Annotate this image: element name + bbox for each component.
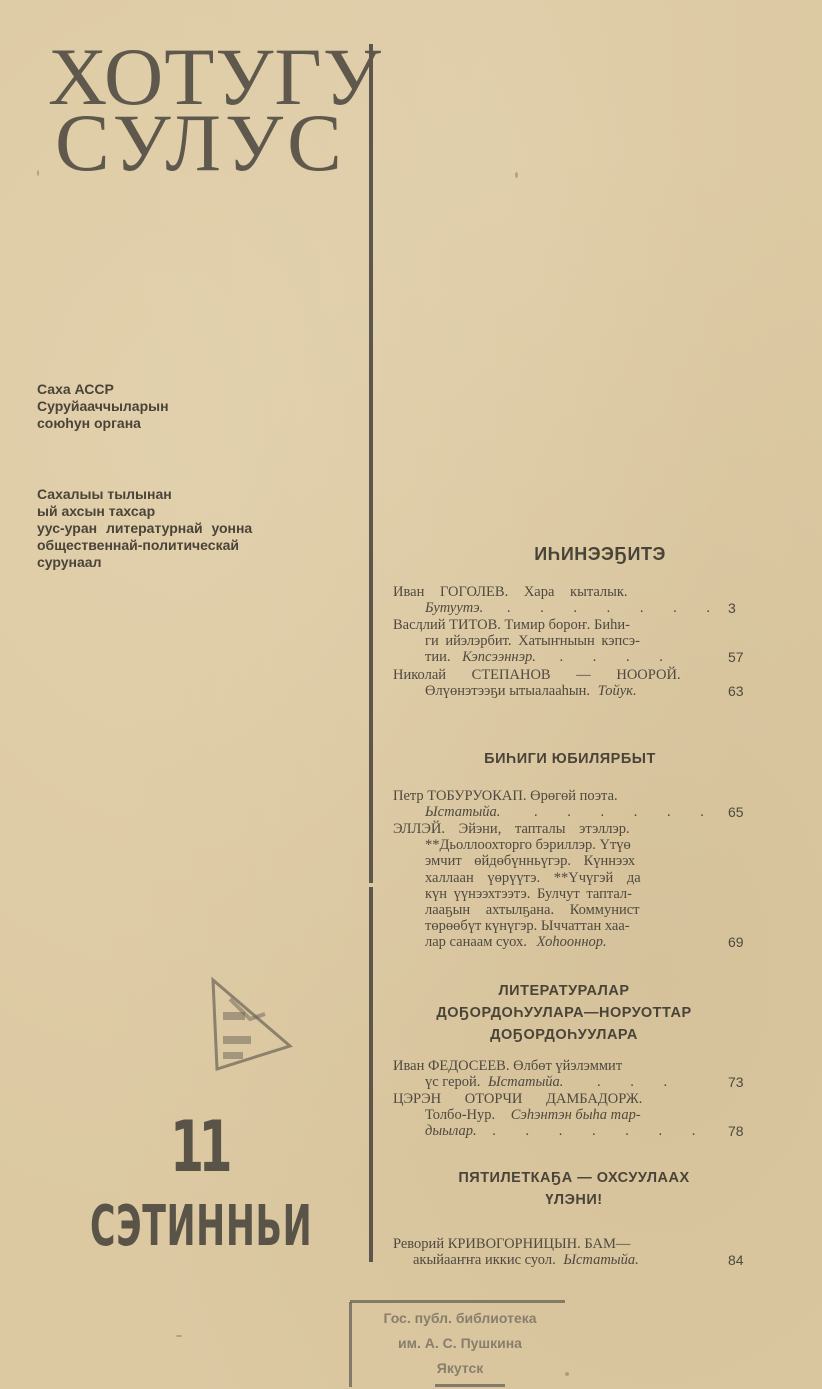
entry-genre: Сэһэнтэн быһа тар-: [511, 1107, 641, 1123]
description-line: Сахалыы тылынан: [37, 486, 252, 503]
section-heading-line: ДОҔОРДОҺУУЛАРА—НОРУОТТАР: [384, 1002, 744, 1024]
leader-dots: . . . . . . .: [492, 1123, 708, 1139]
stamp-border-top: [350, 1300, 565, 1303]
issue-number: 11: [170, 1112, 227, 1182]
page-number: 69: [728, 934, 758, 950]
leader-dots: . . . . . .: [534, 804, 717, 820]
description-line: ый ахсын тахсар: [37, 503, 252, 520]
entry-genre: Бутуутэ.: [425, 600, 483, 616]
toc-entry-line: лааҕын ахтылҕана. Коммунист: [393, 902, 723, 918]
entry-genre: Ыстатыйа.: [563, 1252, 638, 1268]
stamp-border-left: [349, 1302, 352, 1387]
section-heading-line: ПЯТИЛЕТКАҔА — ОХСУУЛААХ: [384, 1167, 764, 1189]
toc-entry-line: акыйааҥҥа иккис суол. Ыстатыйа. 84: [393, 1252, 723, 1268]
section-heading-line: ДОҔОРДОҺУУЛАРА: [384, 1024, 744, 1046]
contents-heading: ИҺИНЭЭҔИТЭ: [380, 544, 820, 565]
toc-entry-line: Иван ГОГОЛЕВ. Хара кыталык.: [393, 584, 723, 600]
description-line: уус-уран литературнай уонна: [37, 520, 252, 537]
entry-genre: Тойук.: [598, 683, 637, 699]
issue-month: СЭТИННЬИ: [90, 1196, 312, 1258]
organ-line: союһун органа: [37, 415, 169, 432]
toc-entry-line: Өлүөнэтээҕи ытыалааһын. Тойук. 63: [393, 683, 723, 699]
toc-entry-line: Бутуутэ. . . . . . . . 3: [393, 600, 723, 616]
toc-entry-line: эмчит өйдөбүнньүгэр. Күннээх: [393, 853, 723, 869]
toc-entry[interactable]: Николай СТЕПАНОВ — НООРОЙ. Өлүөнэтээҕи ы…: [393, 667, 723, 699]
toc-entry[interactable]: ЭЛЛЭЙ. Эйэни, тапталы этэллэр. **Дьоллоо…: [393, 821, 723, 951]
entry-genre: дыылар.: [425, 1123, 477, 1139]
toc-entry-line: Ыстатыйа. . . . . . . 65: [393, 804, 723, 820]
entry-genre: Хоһооннор.: [537, 934, 607, 950]
toc-entry-line: халлаан үөрүүтэ. **Үчүгэй да: [393, 870, 723, 886]
page-number: 73: [728, 1074, 758, 1090]
entry-text: лар санаам суох.: [425, 934, 527, 950]
paper-speck: [515, 172, 518, 178]
toc-entry-line: **Дьоллоохторго бэриллэр. Үтүө: [393, 837, 723, 853]
toc-entry-line: ги ийэлэрбит. Хатыҥныын кэпсэ-: [393, 633, 723, 649]
toc-entry-line: Иван ФЕДОСЕЕВ. Өлбөт үйэлэммит: [393, 1058, 723, 1074]
toc-entry[interactable]: Иван ГОГОЛЕВ. Хара кыталык. Бутуутэ. . .…: [393, 584, 723, 616]
paper-speck: [565, 1372, 569, 1376]
toc-entry-line: ЭЛЛЭЙ. Эйэни, тапталы этэллэр.: [393, 821, 723, 837]
section-heading: ЛИТЕРАТУРАЛАР ДОҔОРДОҺУУЛАРА—НОРУОТТАР Д…: [384, 980, 744, 1046]
toc-entry[interactable]: Петр ТОБУРУОКАП. Өрөгөй поэта. Ыстатыйа.…: [393, 788, 723, 820]
leader-dots: . . . .: [560, 649, 676, 665]
section-heading-line: ҮЛЭНИ!: [384, 1189, 764, 1211]
entry-text: Өлүөнэтээҕи ытыалааһын.: [425, 683, 590, 699]
organ-line: Саха АССР: [37, 381, 169, 398]
entry-genre: Ыстатыйа.: [425, 804, 500, 820]
entry-title: Иван ГОГОЛЕВ. Хара кыталык.: [393, 584, 628, 600]
page-number: 65: [728, 804, 758, 820]
section-heading: ПЯТИЛЕТКАҔА — ОХСУУЛААХ ҮЛЭНИ!: [384, 1167, 764, 1211]
triangular-stamp-icon: [205, 974, 295, 1074]
page-number: 57: [728, 649, 758, 665]
divider-gap: [369, 883, 373, 887]
toc-entry-line: төрөөбүт күнүгэр. Ыччаттан хаа-: [393, 918, 723, 934]
section-heading-line: ЛИТЕРАТУРАЛАР: [384, 980, 744, 1002]
toc-entry[interactable]: ЦЭРЭН ОТОРЧИ ДАМБАДОРЖ. Толбо-Нур. Сэһэн…: [393, 1091, 723, 1140]
stamp-border-bottom: [435, 1384, 505, 1387]
toc-entry-line: Толбо-Нур. Сэһэнтэн быһа тар-: [393, 1107, 723, 1123]
entry-text: акыйааҥҥа иккис суол.: [413, 1252, 556, 1268]
entry-genre: Ыстатыйа.: [488, 1074, 563, 1090]
entry-text: үс герой.: [425, 1074, 480, 1090]
toc-entry-line: Николай СТЕПАНОВ — НООРОЙ.: [393, 667, 723, 683]
toc-entry[interactable]: Иван ФЕДОСЕЕВ. Өлбөт үйэлэммит үс герой.…: [393, 1058, 723, 1090]
toc-entry-line: Петр ТОБУРУОКАП. Өрөгөй поэта.: [393, 788, 723, 804]
leader-dots: . . . . . . .: [507, 600, 723, 616]
paper-speck: [176, 1335, 182, 1337]
description-line: общественнай-политическай: [37, 537, 252, 554]
page-number: 78: [728, 1123, 758, 1139]
library-stamp: Гос. публ. библиотека им. А. С. Пушкина …: [345, 1294, 555, 1389]
description-line: сурунаал: [37, 554, 252, 571]
toc-entry[interactable]: Реворий КРИВОГОРНИЦЫН. БАМ— акыйааҥҥа ик…: [393, 1236, 723, 1268]
toc-entry-line: дыылар. . . . . . . . 78: [393, 1123, 723, 1139]
organ-line: Суруйааччыларын: [37, 398, 169, 415]
toc-entry-line: ЦЭРЭН ОТОРЧИ ДАМБАДОРЖ.: [393, 1091, 723, 1107]
magazine-title-line2: СУЛУС: [55, 110, 346, 176]
stamp-line: Гос. публ. библиотека: [360, 1306, 560, 1331]
stamp-line: им. А. С. Пушкина: [360, 1331, 560, 1356]
toc-entry[interactable]: Васӆлий ТИТОВ. Тимир бороҥ. Биһи- ги ийэ…: [393, 617, 723, 666]
toc-entry-line: күн үүнээхтээтэ. Булчут таптал-: [393, 886, 723, 902]
toc-entry-line: Реворий КРИВОГОРНИЦЫН. БАМ—: [393, 1236, 723, 1252]
leader-dots: . . .: [597, 1074, 680, 1090]
toc-entry-line: лар санаам суох. Хоһооннор. 69: [393, 934, 723, 950]
paper-speck: [37, 170, 39, 176]
entry-text: тии.: [425, 649, 450, 665]
toc-entry-line: тии. Кэпсээннэр. . . . . 57: [393, 649, 723, 665]
stamp-text: Гос. публ. библиотека им. А. С. Пушкина …: [360, 1306, 560, 1381]
publisher-organ: Саха АССР Суруйааччыларын союһун органа: [37, 381, 169, 432]
stamp-line: Якутск: [360, 1356, 560, 1381]
section-heading: БИҺИГИ ЮБИЛЯРБЫТ: [380, 748, 760, 770]
page-number: 84: [728, 1252, 758, 1268]
toc-entry-line: Васӆлий ТИТОВ. Тимир бороҥ. Биһи-: [393, 617, 723, 633]
entry-text: Толбо-Нур.: [425, 1107, 495, 1123]
entry-genre: Кэпсээннэр.: [462, 649, 536, 665]
page-number: 63: [728, 683, 758, 699]
page-number: 3: [728, 600, 758, 616]
magazine-description: Сахалыы тылынан ый ахсын тахсар уус-уран…: [37, 486, 252, 571]
vertical-divider: [369, 44, 373, 1262]
toc-entry-line: үс герой. Ыстатыйа. . . . 73: [393, 1074, 723, 1090]
